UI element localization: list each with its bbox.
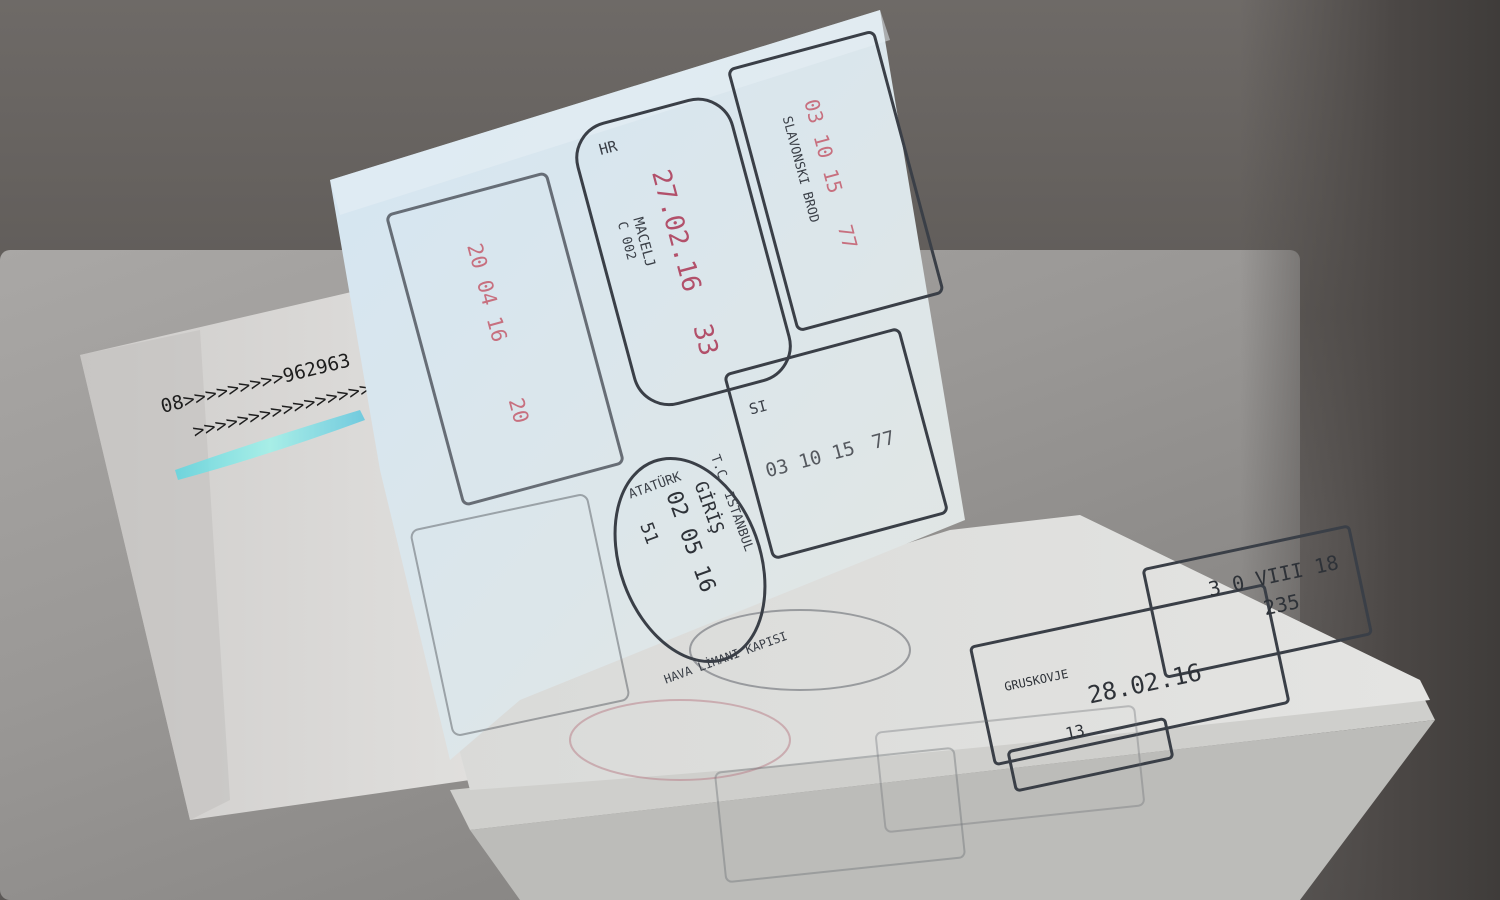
photo-scene: 08>>>>>>>>>962963 >>>>>>>>>>>>>>>>> 28.0… xyxy=(0,0,1500,900)
passport: 08>>>>>>>>>962963 >>>>>>>>>>>>>>>>> 28.0… xyxy=(0,0,1500,900)
svg-text:13: 13 xyxy=(1064,721,1087,744)
svg-text:235: 235 xyxy=(1261,589,1301,620)
